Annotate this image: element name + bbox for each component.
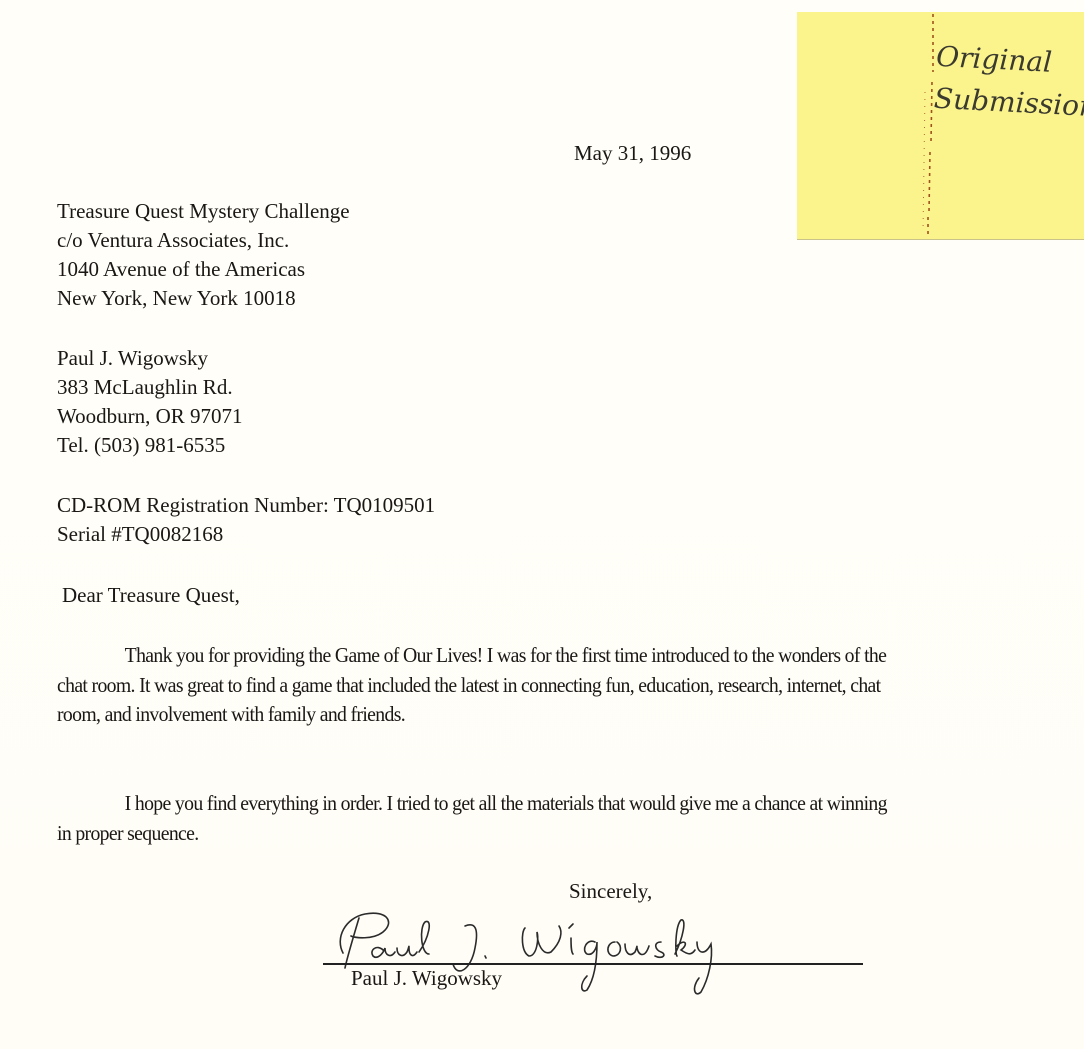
- recipient-line: New York, New York 10018: [57, 284, 350, 313]
- paragraph-text: I hope you find everything in order. I t…: [57, 791, 887, 845]
- sender-address: Paul J. Wigowsky 383 McLaughlin Rd. Wood…: [57, 344, 243, 460]
- serial-number: Serial #TQ0082168: [57, 520, 435, 549]
- registration-number: CD-ROM Registration Number: TQ0109501: [57, 491, 435, 520]
- sender-line: Woodburn, OR 97071: [57, 402, 243, 431]
- sticky-note: Original Submission: [797, 12, 1084, 239]
- registration-info: CD-ROM Registration Number: TQ0109501 Se…: [57, 491, 435, 549]
- sticky-note-handwriting: Original Submission: [933, 36, 1084, 128]
- sender-line: Paul J. Wigowsky: [57, 344, 243, 373]
- salutation: Dear Treasure Quest,: [62, 581, 240, 610]
- sticky-line-2: Submission: [933, 78, 1084, 128]
- recipient-line: c/o Ventura Associates, Inc.: [57, 226, 350, 255]
- sender-line: 383 McLaughlin Rd.: [57, 373, 243, 402]
- recipient-line: 1040 Avenue of the Americas: [57, 255, 350, 284]
- letter-date: May 31, 1996: [574, 139, 691, 168]
- body-paragraph-1: Thank you for providing the Game of Our …: [57, 641, 903, 730]
- letter-page: Original Submission May 31, 1996 Treasur…: [0, 0, 1084, 1049]
- body-paragraph-2: I hope you find everything in order. I t…: [57, 789, 903, 848]
- signed-name: Paul J. Wigowsky: [351, 964, 502, 993]
- recipient-address: Treasure Quest Mystery Challenge c/o Ven…: [57, 197, 350, 313]
- paragraph-text: Thank you for providing the Game of Our …: [57, 643, 886, 726]
- sender-line: Tel. (503) 981-6535: [57, 431, 243, 460]
- recipient-line: Treasure Quest Mystery Challenge: [57, 197, 350, 226]
